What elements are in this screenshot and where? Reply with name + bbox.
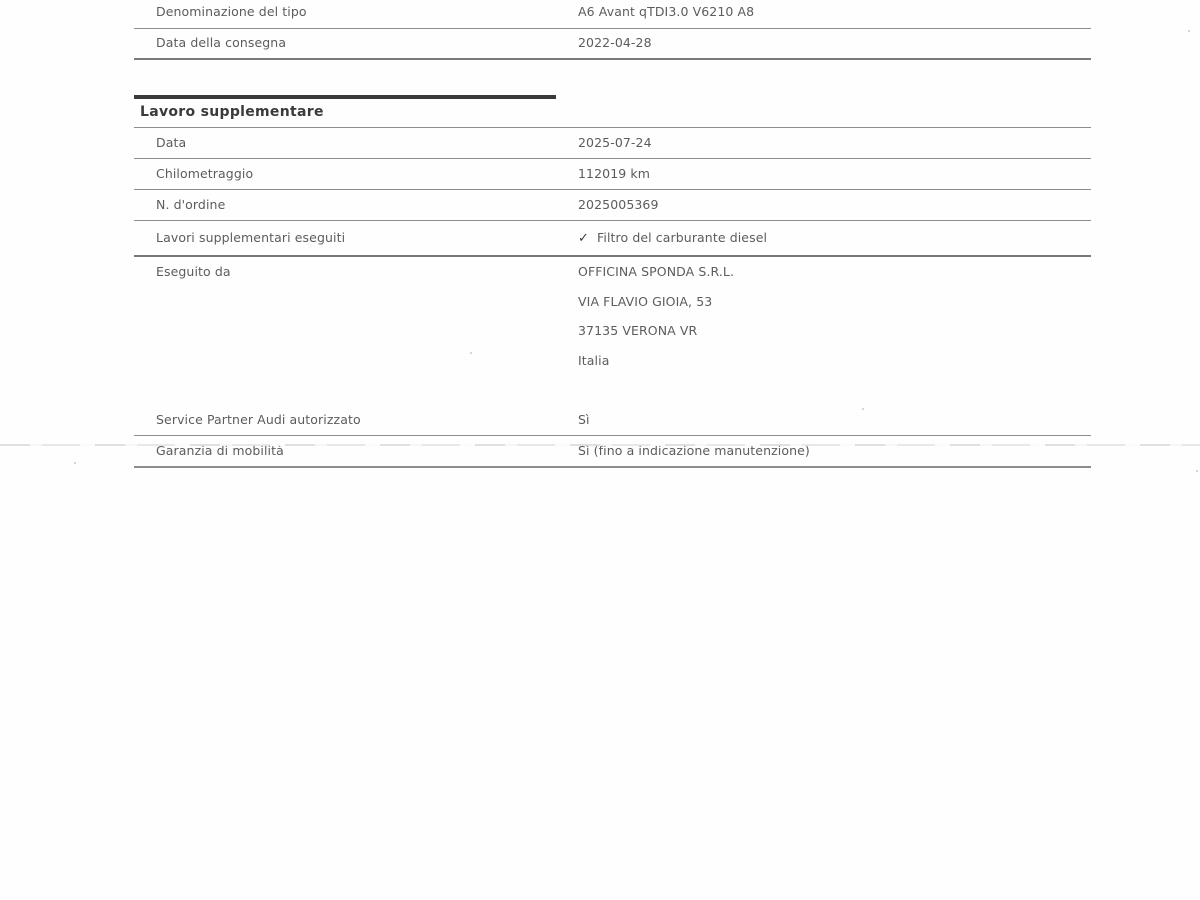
delivery-date-label: Data della consegna: [134, 29, 578, 57]
scan-speck: [1196, 470, 1198, 472]
date-label: Data: [134, 128, 578, 158]
work-performed-label: Lavori supplementari eseguiti: [134, 221, 578, 255]
order-number-label: N. d'ordine: [134, 190, 578, 220]
additional-work-table: Data 2025-07-24 Chilometraggio 112019 km…: [134, 127, 1091, 468]
scan-speck: [862, 408, 864, 410]
performed-by-address: OFFICINA SPONDA S.R.L. VIA FLAVIO GIOIA,…: [578, 257, 1091, 375]
row-date: Data 2025-07-24: [134, 128, 1091, 159]
work-performed-text: Filtro del carburante diesel: [597, 230, 767, 245]
scanned-document-page: Denominazione del tipo A6 Avant qTDI3.0 …: [0, 0, 1200, 900]
row-order-number: N. d'ordine 2025005369: [134, 190, 1091, 221]
row-work-performed: Lavori supplementari eseguiti ✓Filtro de…: [134, 221, 1091, 257]
scan-speck: [1188, 30, 1190, 32]
type-designation-label: Denominazione del tipo: [134, 0, 578, 24]
row-authorized-partner: Service Partner Audi autorizzato Sì: [134, 405, 1091, 436]
mileage-label: Chilometraggio: [134, 159, 578, 189]
section-title: Lavoro supplementare: [140, 104, 324, 120]
date-value: 2025-07-24: [578, 128, 1091, 158]
delivery-date-value: 2022-04-28: [578, 29, 1091, 57]
authorized-partner-label: Service Partner Audi autorizzato: [134, 405, 578, 435]
scan-artifact-line: [0, 444, 1200, 446]
workshop-name: OFFICINA SPONDA S.R.L.: [578, 257, 1091, 287]
mobility-guarantee-label: Garanzia di mobilità: [134, 436, 578, 466]
row-delivery-date: Data della consegna 2022-04-28: [134, 29, 1091, 60]
workshop-city: 37135 VERONA VR: [578, 316, 1091, 346]
row-mileage: Chilometraggio 112019 km: [134, 159, 1091, 190]
type-designation-value: A6 Avant qTDI3.0 V6210 A8: [578, 0, 1091, 24]
mobility-guarantee-value: Sì (fino a indicazione manutenzione): [578, 436, 1091, 466]
checkmark-icon: ✓: [578, 222, 589, 256]
workshop-country: Italia: [578, 346, 1091, 376]
work-performed-value: ✓Filtro del carburante diesel: [578, 221, 1091, 256]
vehicle-info-table: Denominazione del tipo A6 Avant qTDI3.0 …: [134, 0, 1091, 60]
row-type-designation: Denominazione del tipo A6 Avant qTDI3.0 …: [134, 0, 1091, 29]
mileage-value: 112019 km: [578, 159, 1091, 189]
performed-by-label: Eseguito da: [134, 257, 578, 287]
row-performed-by: Eseguito da OFFICINA SPONDA S.R.L. VIA F…: [134, 257, 1091, 405]
workshop-street: VIA FLAVIO GIOIA, 53: [578, 287, 1091, 317]
section-heading-rule: [134, 95, 556, 99]
scan-speck: [470, 352, 472, 354]
authorized-partner-value: Sì: [578, 405, 1091, 435]
row-mobility-guarantee: Garanzia di mobilità Sì (fino a indicazi…: [134, 436, 1091, 468]
scan-speck: [74, 462, 76, 464]
order-number-value: 2025005369: [578, 190, 1091, 220]
